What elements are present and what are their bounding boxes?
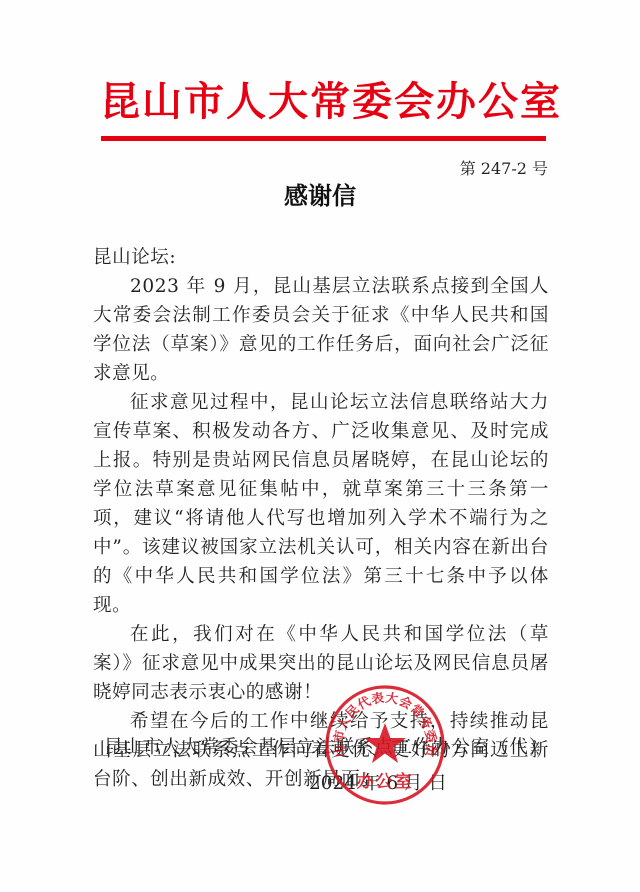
signature: 昆山市人大常委会基层立法联系点工作办公室（代） — [104, 733, 548, 762]
paragraph-1: 2023 年 9 月，昆山基层立法联系点接到全国人大常委会法制工作委员会关于征求… — [93, 272, 549, 388]
organization-header: 昆山市人大常委会办公室 — [100, 78, 546, 126]
letter-body: 昆山论坛: 2023 年 9 月，昆山基层立法联系点接到全国人大常委会法制工作委… — [93, 243, 549, 794]
signature-date: 2024 年 6 月 日 — [309, 769, 447, 798]
header-red-rule — [101, 136, 546, 141]
letter-title: 感谢信 — [0, 180, 640, 212]
paragraph-2: 征求意见过程中，昆山论坛立法信息联络站大力宣传草案、积极发动各方、广泛收集意见、… — [93, 388, 549, 620]
letter-page: 昆山市人大常委会办公室 第 247-2 号 感谢信 昆山论坛: 2023 年 9… — [0, 0, 640, 892]
document-number: 第 247-2 号 — [460, 158, 548, 180]
paragraph-3: 在此，我们对在《中华人民共和国学位法（草案）》征求意见中成果突出的昆山论坛及网民… — [93, 620, 549, 707]
salutation: 昆山论坛: — [93, 243, 549, 272]
